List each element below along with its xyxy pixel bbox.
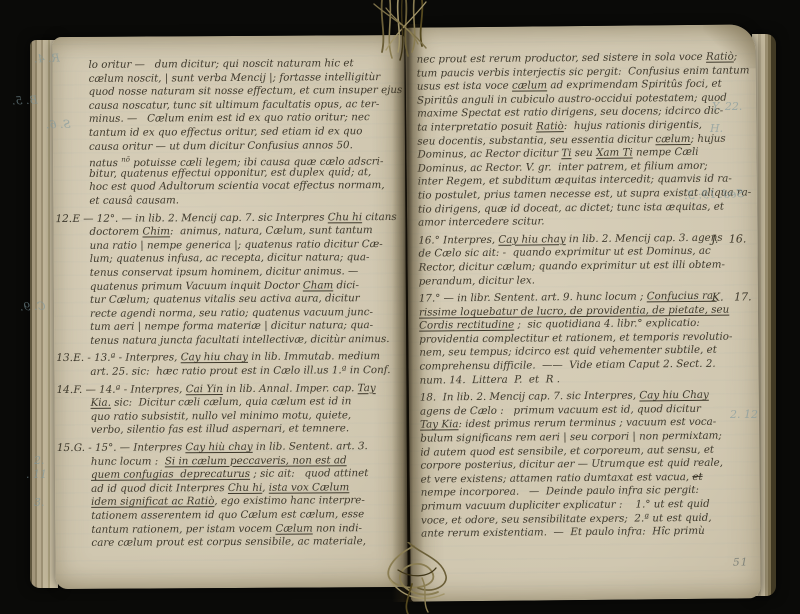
binding-threads-bottom-icon [362,542,472,614]
manuscript-line: ante rerum existentiam. — Et paulo infra… [421,525,736,542]
manuscript-line: et causâ causam. [89,193,399,208]
manuscript-line: verbo, silentio fas est illud aspernari,… [91,422,401,437]
entry-12-lines: E — 12°. — in lib. 2. Mencij cap. 7. sic… [89,210,400,348]
entry-12: 12. E — 12°. — in lib. 2. Mencij cap. 7.… [89,210,400,348]
entry-18: 18. In lib. 2. Mencij cap. 7. sic Interp… [420,389,736,542]
margin-number: 12. [55,212,85,226]
entry-15: 15. G. - 15°. — Interpres Cay hiù chay i… [91,440,402,551]
manuscript-line: perandum, dicitur lex. [419,272,734,289]
entry-14: 14. F. — 14.ª - Interpres, Cai Yin in li… [90,382,400,438]
manuscript-line: lo oritur — dum dicitur; qui noscit natu… [88,57,398,72]
manuscript-line: tationem asserentem id quo Cælum est cæl… [91,508,401,523]
manuscript-line: tenus natura juncta facultati intellecti… [90,333,400,348]
margin-letter-number: J. 16. [711,232,773,246]
entry-16: J. 16. 16.° Interpres, Cay hiu chay in l… [418,231,734,288]
right-top-block: nec prout est rerum productor, sed siste… [417,51,734,231]
right-page: nec prout est rerum productor, sed siste… [405,24,760,601]
left-page: lo oritur — dum dicitur; qui noscit natu… [52,35,407,589]
entry-15-lines: G. - 15°. — Interpres Cay hiù chay in li… [91,440,402,551]
manuscript-line: tantum id ex quo effectus oritur, sed et… [89,125,399,140]
binding-threads-top-icon [356,0,452,70]
margin-number: 13.. [56,352,86,366]
manuscript-line: num. 14. Littera P. et R . [420,371,735,388]
entry-17-lines: 17.° — in libr. Sentent. art. 9. hunc lo… [419,290,735,388]
manuscript-line: care cælum prout est corpus sensibile, a… [91,535,401,550]
manuscript-line: hoc est quod Adultorum scientia vocat ef… [89,179,399,194]
manuscript-line: quem confugias deprecaturus ; sic ait: q… [91,467,401,482]
entry-18-lines: 18. In lib. 2. Mencij cap. 7. sic Interp… [420,389,736,542]
margin-number: 14. [56,384,86,398]
manuscript-line: art. 25. sic: hæc ratio prout est in Cæl… [90,364,400,379]
manuscript-line: G. - 15°. — Interpres Cay hiù chay in li… [91,440,401,455]
manuscript-line: F. — 14.ª - Interpres, Cai Yin in lib. A… [90,382,400,397]
page-number: 51 [733,556,748,568]
left-page-text: lo oritur — dum dicitur; qui noscit natu… [88,57,401,551]
margin-number: 15. [57,442,87,456]
margin-letter-number: K. 17. [712,290,774,304]
manuscript-photo: lo oritur — dum dicitur; qui noscit natu… [0,0,800,614]
manuscript-line: tenus conservat ipsum hominem, dicitur a… [90,265,400,280]
manuscript-line: amor intercedere scitur. [418,214,733,231]
entry-17: K. 17. 17.° — in libr. Sentent. art. 9. … [419,290,735,388]
entry-14-lines: F. — 14.ª - Interpres, Cai Yin in lib. A… [90,382,400,438]
left-intro-block: lo oritur — dum dicitur; qui noscit natu… [88,57,399,208]
entry-16-lines: 16.° Interpres, Cay hiu chay in lib. 2. … [418,231,734,288]
entry-13-lines: E. - 13.ª - Interpres, Cay hiu chay in l… [90,350,400,379]
manuscript-line: tur Cælum; quatenus vitalis seu activa a… [90,292,400,307]
entry-13: 13.. E. - 13.ª - Interpres, Cay hiu chay… [90,350,400,379]
right-page-text: nec prout est rerum productor, sed siste… [417,51,737,542]
